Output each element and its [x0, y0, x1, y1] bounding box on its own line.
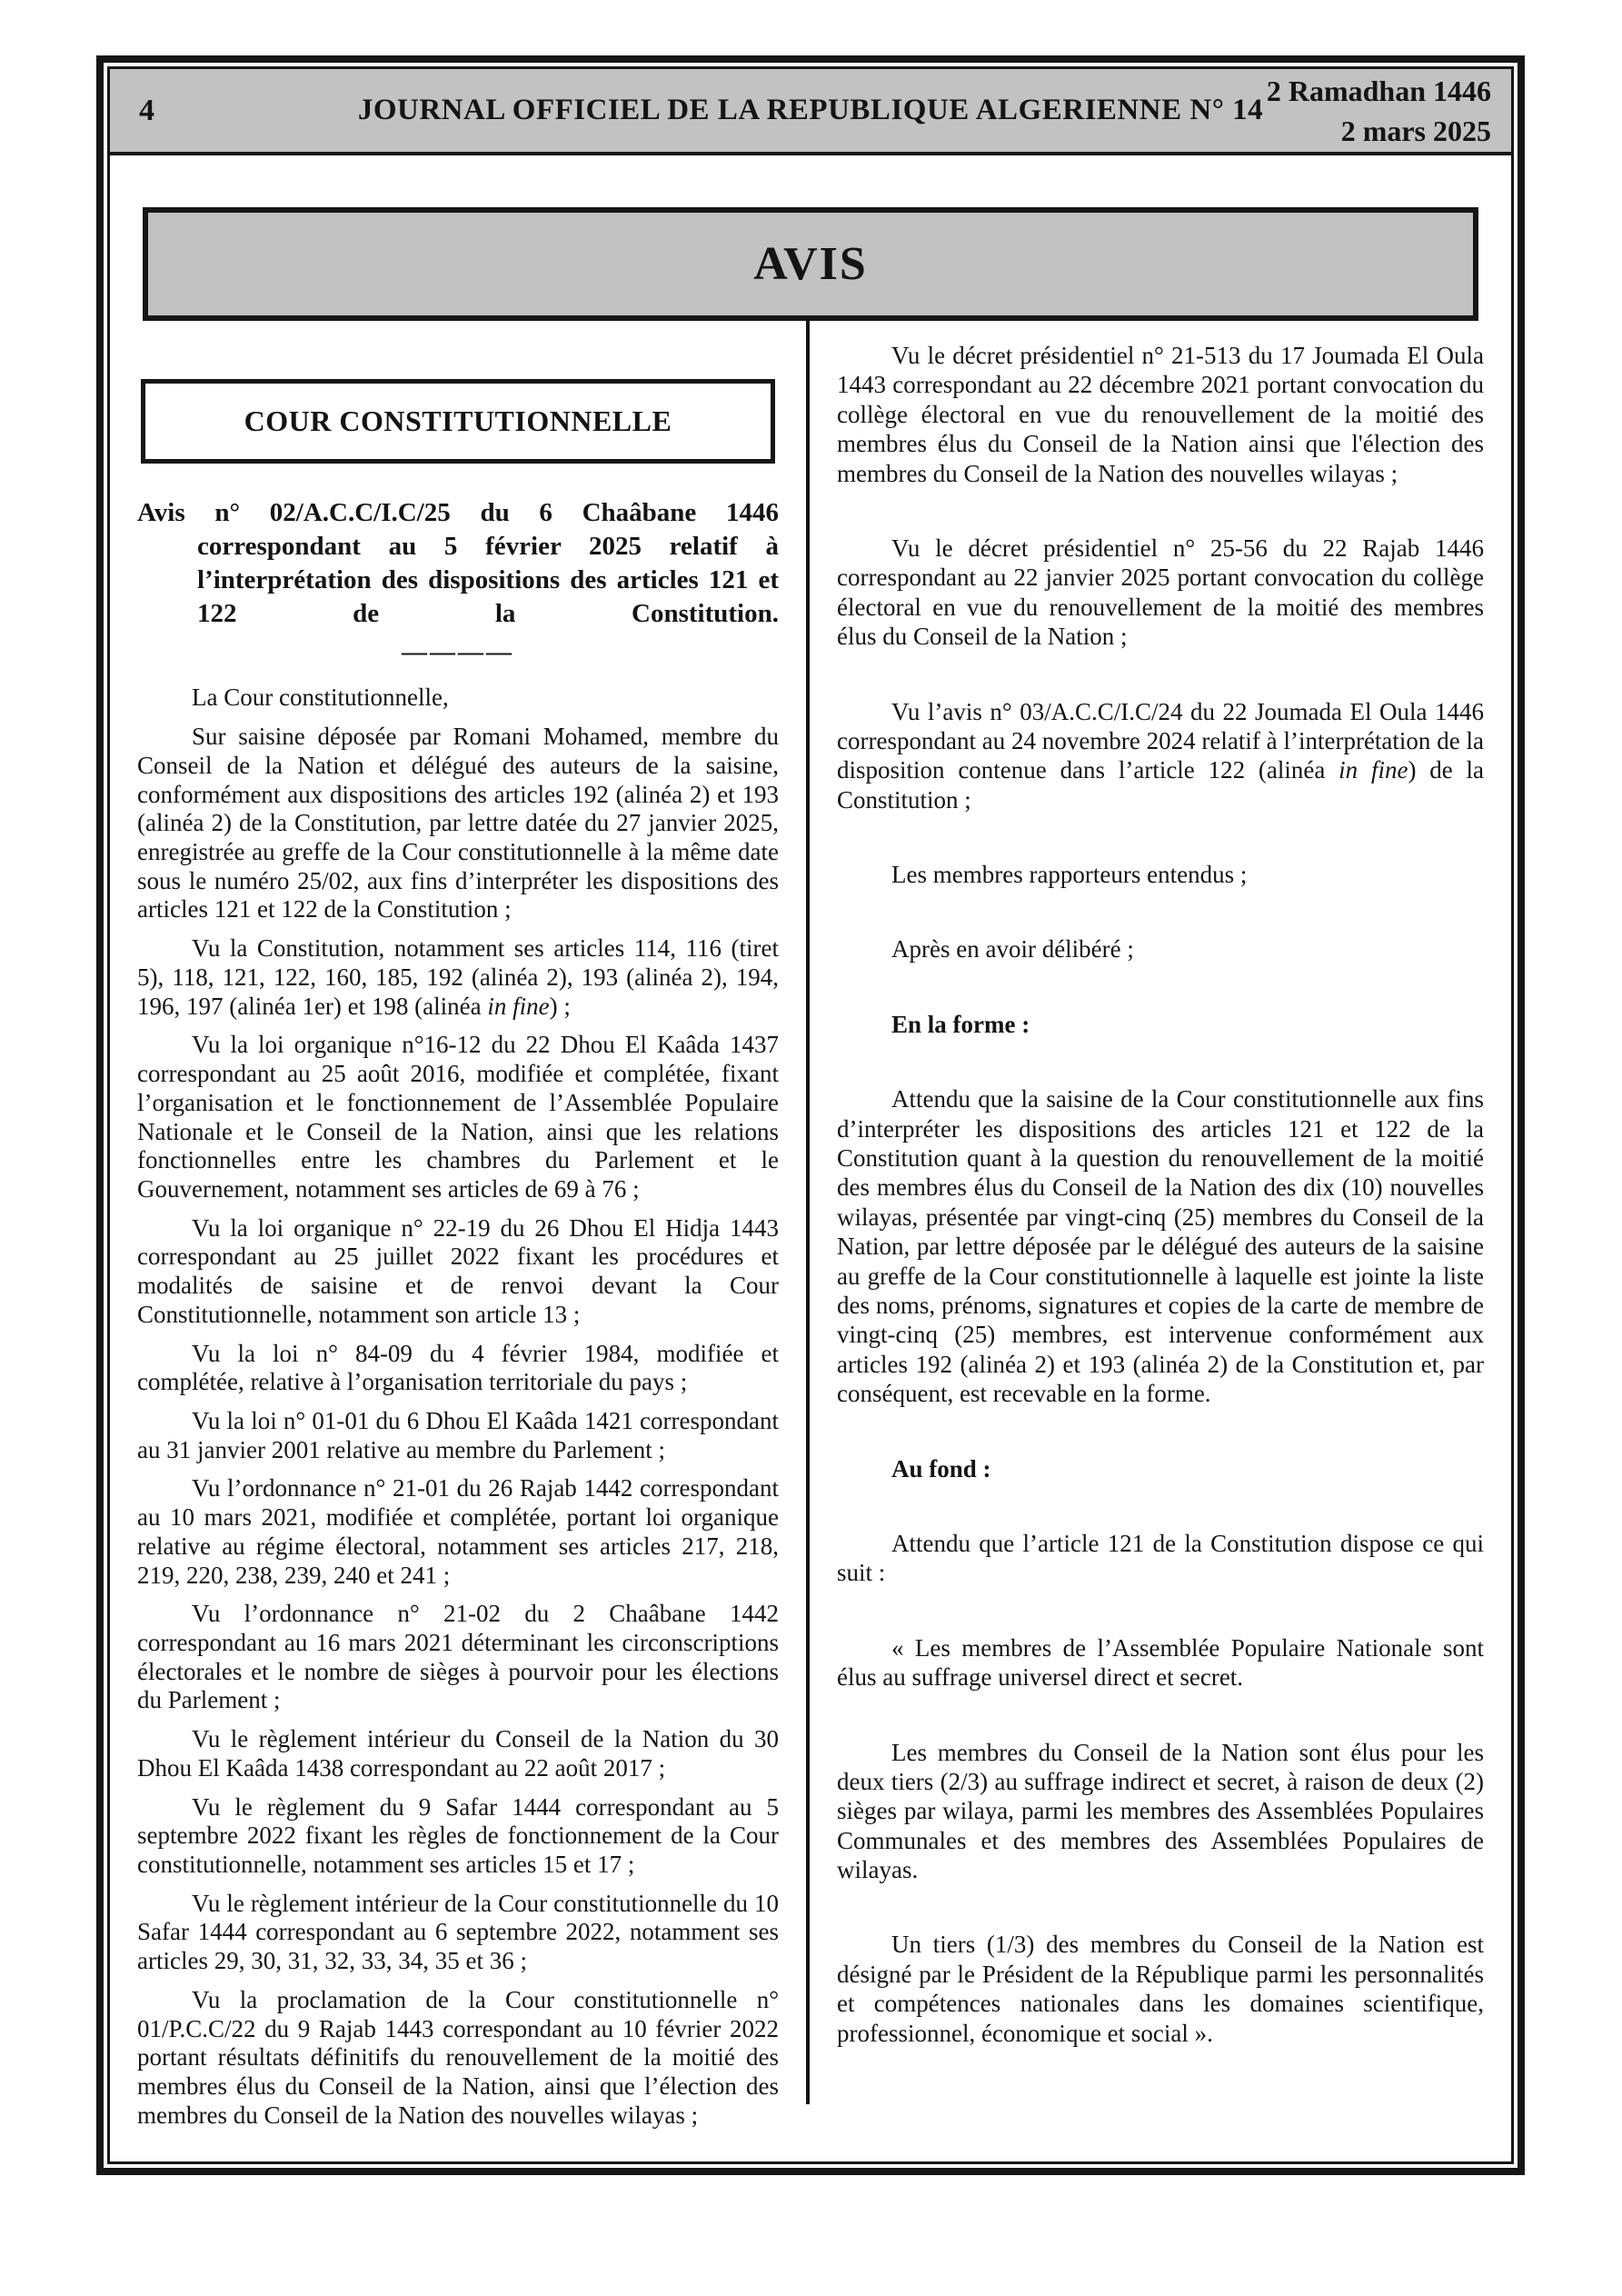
paragraph: Vu la loi n° 84-09 du 4 février 1984, mo… [137, 1340, 779, 1397]
paragraph: Vu le règlement intérieur du Conseil de … [137, 1725, 779, 1782]
text-run: Au fond : [891, 1455, 991, 1482]
text-run: En la forme : [891, 1011, 1030, 1038]
section-heading: Au fond : [837, 1454, 1484, 1483]
right-column-body: Vu le décret présidentiel n° 21-513 du 1… [837, 341, 1484, 2048]
text-run: Vu la proclamation de la Cour constituti… [137, 1986, 779, 2129]
text-run: Vu la loi n° 84-09 du 4 février 1984, mo… [137, 1340, 779, 1396]
paragraph: Les membres du Conseil de la Nation sont… [837, 1738, 1484, 1885]
header-band: 4 JOURNAL OFFICIEL DE LA REPUBLIQUE ALGE… [110, 69, 1511, 155]
text-run: Vu le règlement du 9 Safar 1444 correspo… [137, 1793, 779, 1878]
header-dates: 2 Ramadhan 1446 2 mars 2025 [1267, 70, 1491, 150]
text-run: Les membres du Conseil de la Nation sont… [837, 1739, 1484, 1884]
paragraph: Vu la loi organique n° 22-19 du 26 Dhou … [137, 1214, 779, 1330]
notice-title: Avis n° 02/A.C.C/I.C/25 du 6 Chaâbane 14… [137, 496, 779, 631]
date-gregorian: 2 mars 2025 [1267, 111, 1491, 151]
paragraph: Vu la loi organique n°16-12 du 22 Dhou E… [137, 1031, 779, 1203]
text-run: Vu la loi organique n° 22-19 du 26 Dhou … [137, 1214, 779, 1328]
paragraph: Sur saisine déposée par Romani Mohamed, … [137, 723, 779, 924]
paragraph: Vu la loi n° 01-01 du 6 Dhou El Kaâda 14… [137, 1407, 779, 1464]
date-hijri: 2 Ramadhan 1446 [1267, 70, 1491, 110]
text-run: Vu la loi n° 01-01 du 6 Dhou El Kaâda 14… [137, 1407, 779, 1463]
text-run: Vu le décret présidentiel n° 21-513 du 1… [837, 342, 1484, 487]
text-run: Les membres rapporteurs entendus ; [891, 861, 1247, 888]
avis-banner: AVIS [143, 207, 1478, 321]
paragraph: Un tiers (1/3) des membres du Conseil de… [837, 1930, 1484, 2048]
gazette-page: 4 JOURNAL OFFICIEL DE LA REPUBLIQUE ALGE… [0, 0, 1622, 2296]
text-run: Vu la loi organique n°16-12 du 22 Dhou E… [137, 1031, 779, 1203]
dash-separator: ———— [137, 638, 779, 667]
text-run: La Cour constitutionnelle, [192, 684, 449, 711]
journal-title: JOURNAL OFFICIEL DE LA REPUBLIQUE ALGERI… [194, 94, 1427, 127]
column-divider [806, 321, 810, 2104]
text-run: Vu l’ordonnance n° 21-02 du 2 Chaâbane 1… [137, 1600, 779, 1713]
text-run: « Les membres de l’Assemblée Populaire N… [837, 1634, 1484, 1691]
paragraph: Après en avoir délibéré ; [837, 934, 1484, 963]
italic-text: in fine [487, 993, 549, 1020]
paragraph: Vu le règlement intérieur de la Cour con… [137, 1890, 779, 1976]
left-column: COUR CONSTITUTIONNELLE Avis n° 02/A.C.C/… [137, 321, 779, 2141]
institution-box: COUR CONSTITUTIONNELLE [141, 379, 775, 464]
two-column-section: COUR CONSTITUTIONNELLE Avis n° 02/A.C.C/… [110, 321, 1511, 2141]
paragraph: Vu l’ordonnance n° 21-01 du 26 Rajab 144… [137, 1474, 779, 1590]
paragraph: Vu le décret présidentiel n° 21-513 du 1… [837, 341, 1484, 488]
paragraph: Vu le règlement du 9 Safar 1444 correspo… [137, 1793, 779, 1880]
paragraph: Attendu que l’article 121 de la Constitu… [837, 1529, 1484, 1588]
text-run: Attendu que l’article 121 de la Constitu… [837, 1530, 1484, 1586]
text-run: Sur saisine déposée par Romani Mohamed, … [137, 723, 779, 923]
paragraph: Les membres rapporteurs entendus ; [837, 860, 1484, 889]
paragraph: Vu l’ordonnance n° 21-02 du 2 Chaâbane 1… [137, 1600, 779, 1715]
page-frame: 4 JOURNAL OFFICIEL DE LA REPUBLIQUE ALGE… [96, 55, 1525, 2175]
text-run: Attendu que la saisine de la Cour consti… [837, 1085, 1484, 1407]
text-run: Vu la Constitution, notamment ses articl… [137, 934, 779, 1019]
text-run: ) ; [550, 993, 571, 1020]
text-run: Un tiers (1/3) des membres du Conseil de… [837, 1931, 1484, 2046]
text-run: Vu le règlement intérieur de la Cour con… [137, 1890, 779, 1974]
avis-banner-title: AVIS [753, 237, 868, 291]
paragraph: Attendu que la saisine de la Cour consti… [837, 1084, 1484, 1408]
text-run: Vu le règlement intérieur du Conseil de … [137, 1725, 779, 1782]
italic-text: in fine [1338, 756, 1408, 784]
paragraph: Vu la Constitution, notamment ses articl… [137, 934, 779, 1021]
text-run: Vu l’ordonnance n° 21-01 du 26 Rajab 144… [137, 1474, 779, 1588]
paragraph: Vu l’avis n° 03/A.C.C/I.C/24 du 22 Jouma… [837, 697, 1484, 815]
paragraph: Vu la proclamation de la Cour constituti… [137, 1986, 779, 2131]
paragraph: « Les membres de l’Assemblée Populaire N… [837, 1633, 1484, 1692]
page-frame-inner: 4 JOURNAL OFFICIEL DE LA REPUBLIQUE ALGE… [107, 66, 1514, 2164]
right-column: Vu le décret présidentiel n° 21-513 du 1… [837, 321, 1484, 2141]
paragraph: La Cour constitutionnelle, [137, 684, 779, 713]
section-heading: En la forme : [837, 1010, 1484, 1039]
text-run: Après en avoir délibéré ; [891, 935, 1134, 963]
left-column-body: La Cour constitutionnelle,Sur saisine dé… [137, 684, 779, 2130]
text-run: Vu le décret présidentiel n° 25-56 du 22… [837, 534, 1484, 650]
paragraph: Vu le décret présidentiel n° 25-56 du 22… [837, 534, 1484, 652]
page-number: 4 [139, 94, 154, 128]
